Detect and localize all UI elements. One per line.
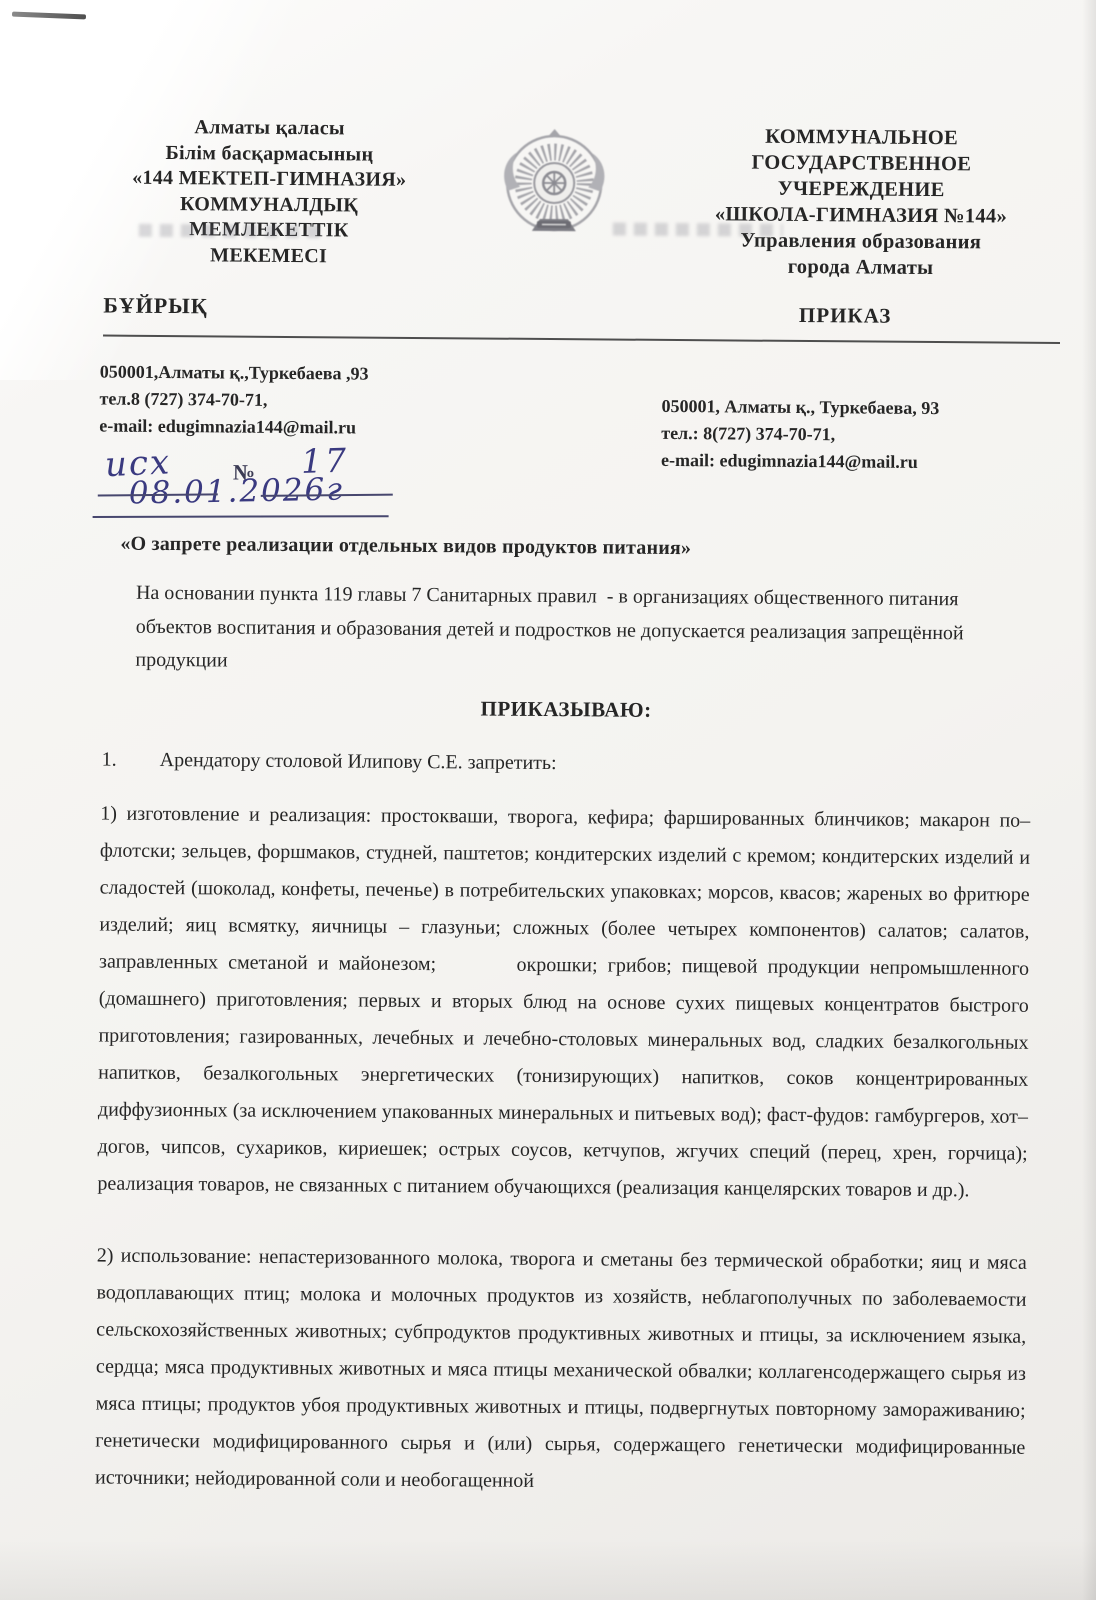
item-number: 1. bbox=[102, 749, 160, 772]
order-label-russian: ПРИКАЗ bbox=[660, 302, 1030, 330]
document-content: Алматы қаласы Білім басқармасының «144 М… bbox=[0, 0, 1096, 1600]
clause-1-paragraph: 1) изготовление и реализация: простокваш… bbox=[97, 795, 1030, 1209]
contact-block-left: 050001,Алматы қ.,Туркебаева ,93 тел.8 (7… bbox=[99, 358, 368, 441]
header-divider-line bbox=[103, 335, 1060, 345]
email-line: e-mail: edugimnazia144@mail.ru bbox=[99, 412, 368, 441]
letterhead-line: ГОСУДАРСТВЕННОЕ bbox=[657, 149, 1065, 178]
resolution-heading: ПРИКАЗЫВАЮ: bbox=[102, 694, 1030, 726]
scan-edge-shadow bbox=[1082, 0, 1096, 1600]
letterhead-russian: КОММУНАЛЬНОЕ ГОСУДАРСТВЕННОЕ УЧЕРЕЖДЕНИЕ… bbox=[656, 123, 1065, 282]
letterhead-line: КОММУНАЛЬНОЕ bbox=[658, 123, 1066, 152]
letterhead-kazakh: Алматы қаласы Білім басқармасының «144 М… bbox=[93, 114, 446, 270]
letterhead-line: города Алматы bbox=[656, 253, 1064, 282]
letterhead-line: Алматы қаласы bbox=[94, 114, 446, 142]
letterhead-line: Управления образования bbox=[657, 227, 1065, 256]
letterhead-line: «144 МЕКТЕП-ГИМНАЗИЯ» bbox=[93, 165, 445, 193]
handwritten-underline bbox=[93, 515, 389, 518]
scanned-order-document: Алматы қаласы Білім басқармасының «144 М… bbox=[0, 0, 1096, 1600]
order-label-kazakh: БҰЙРЫҚ bbox=[103, 293, 208, 320]
letterhead-line: Білім басқармасының bbox=[93, 140, 445, 168]
phone-line: тел.8 (727) 374-70-71, bbox=[99, 385, 368, 414]
handwritten-date: 08.01.2026г bbox=[128, 472, 344, 512]
letterhead-line: УЧЕРЕЖДЕНИЕ bbox=[657, 175, 1065, 204]
letterhead-line: «ШКОЛА-ГИМНАЗИЯ №144» bbox=[657, 201, 1065, 230]
scan-edge-shadow bbox=[0, 1540, 1096, 1600]
bleed-through-marks bbox=[139, 224, 329, 238]
address-line: 050001,Алматы қ.,Туркебаева ,93 bbox=[100, 358, 369, 387]
email-line: e-mail: edugimnazia144@mail.ru bbox=[661, 447, 939, 476]
order-item-1: 1. Арендатору столовой Илипову С.Е. запр… bbox=[102, 749, 1030, 779]
letterhead-line: МЕКЕМЕСІ bbox=[93, 242, 445, 270]
clause-2-paragraph: 2) использование: непастеризованного мол… bbox=[95, 1237, 1027, 1503]
item-text: Арендатору столовой Илипову С.Е. запрети… bbox=[160, 749, 557, 775]
document-title: «О запрете реализации отдельных видов пр… bbox=[120, 533, 1020, 563]
letterhead-line: КОММУНАЛДЫҚ bbox=[93, 191, 445, 219]
contact-block-right: 050001, Алматы қ., Туркебаева, 93 тел.: … bbox=[661, 393, 939, 476]
kazakhstan-state-emblem-icon bbox=[499, 128, 610, 247]
preamble-paragraph: На основании пункта 119 главы 7 Санитарн… bbox=[135, 577, 1012, 684]
phone-line: тел.: 8(727) 374-70-71, bbox=[661, 420, 939, 449]
address-line: 050001, Алматы қ., Туркебаева, 93 bbox=[661, 393, 939, 422]
